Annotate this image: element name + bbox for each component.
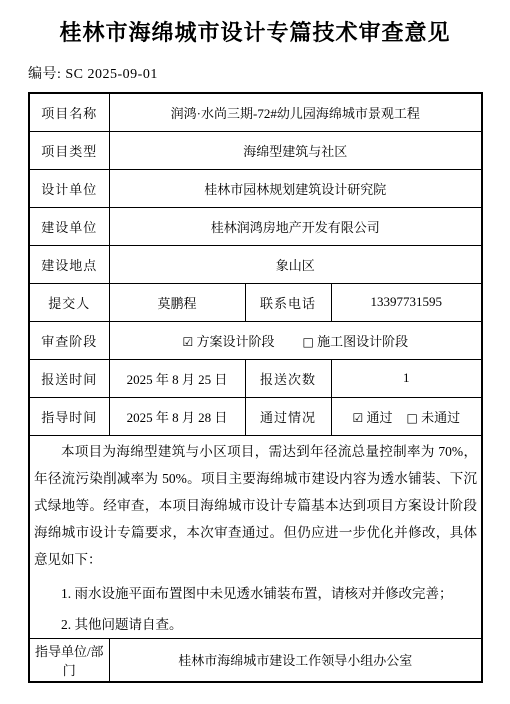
row-review-stage: 审查阶段 ☑ 方案设计阶段 □ 施工图设计阶段: [29, 321, 482, 359]
pass-status-label: 通过情况: [245, 397, 331, 435]
checkbox-unchecked-icon: □: [302, 335, 313, 349]
row-construction-unit: 建设单位 桂林润鸿房地产开发有限公司: [29, 207, 482, 245]
submitter-value: 莫鹏程: [109, 283, 245, 321]
document-page: 桂林市海绵城市设计专篇技术审查意见 编号: SC 2025-09-01 项目名称…: [0, 0, 510, 704]
row-submitter: 提交人 莫鹏程 联系电话 13397731595: [29, 283, 482, 321]
checkbox-checked-icon: ☑: [182, 335, 193, 349]
row-submission-time: 报送时间 2025 年 8 月 25 日 报送次数 1: [29, 359, 482, 397]
review-table: 项目名称 润鸿·水尚三期-72#幼儿园海绵城市景观工程 项目类型 海绵型建筑与社…: [28, 92, 483, 683]
row-project-type: 项目类型 海绵型建筑与社区: [29, 131, 482, 169]
opinion-paragraph: 本项目为海绵型建筑与小区项目，需达到年径流总量控制率为 70%，年径流污染削减率…: [34, 438, 477, 573]
guiding-unit-value: 桂林市海绵城市建设工作领导小组办公室: [109, 638, 482, 682]
submission-count-label: 报送次数: [245, 359, 331, 397]
guidance-time-value: 2025 年 8 月 28 日: [109, 397, 245, 435]
row-design-unit: 设计单位 桂林市园林规划建筑设计研究院: [29, 169, 482, 207]
pass-status-option-fail: □ 未通过: [406, 407, 460, 426]
project-name-label: 项目名称: [29, 93, 109, 131]
project-name-value: 润鸿·水尚三期-72#幼儿园海绵城市景观工程: [109, 93, 482, 131]
submission-time-value: 2025 年 8 月 25 日: [109, 359, 245, 397]
guidance-time-label: 指导时间: [29, 397, 109, 435]
guiding-unit-label: 指导单位/部门: [29, 638, 109, 682]
construction-unit-label: 建设单位: [29, 207, 109, 245]
project-type-value: 海绵型建筑与社区: [109, 131, 482, 169]
row-guiding-unit: 指导单位/部门 桂林市海绵城市建设工作领导小组办公室: [29, 638, 482, 682]
design-unit-label: 设计单位: [29, 169, 109, 207]
doc-number: 编号: SC 2025-09-01: [28, 63, 510, 83]
pass-status-options: ☑ 通过 □ 未通过: [331, 397, 482, 435]
location-value: 象山区: [109, 245, 482, 283]
opinion-item-1: 1. 雨水设施平面布置图中未见透水铺装布置，请核对并修改完善；: [34, 583, 477, 605]
design-unit-value: 桂林市园林规划建筑设计研究院: [109, 169, 482, 207]
opinion-item-2: 2. 其他问题请自查。: [34, 614, 477, 636]
row-project-name: 项目名称 润鸿·水尚三期-72#幼儿园海绵城市景观工程: [29, 93, 482, 131]
review-stage-option-scheme: ☑ 方案设计阶段: [182, 331, 274, 350]
review-stage-option-construction: □ 施工图设计阶段: [302, 331, 408, 350]
review-stage-label: 审查阶段: [29, 321, 109, 359]
review-stage-option-construction-label: 施工图设计阶段: [317, 334, 408, 349]
pass-status-option-pass: ☑ 通过: [352, 407, 392, 426]
submission-time-label: 报送时间: [29, 359, 109, 397]
row-opinion: 本项目为海绵型建筑与小区项目，需达到年径流总量控制率为 70%，年径流污染削减率…: [29, 435, 482, 638]
pass-status-option-pass-label: 通过: [366, 410, 392, 425]
review-stage-option-scheme-label: 方案设计阶段: [196, 334, 274, 349]
row-guidance-time: 指导时间 2025 年 8 月 28 日 通过情况 ☑ 通过 □ 未通过: [29, 397, 482, 435]
checkbox-checked-icon: ☑: [352, 411, 363, 425]
submitter-label: 提交人: [29, 283, 109, 321]
phone-label: 联系电话: [245, 283, 331, 321]
construction-unit-value: 桂林润鸿房地产开发有限公司: [109, 207, 482, 245]
row-location: 建设地点 象山区: [29, 245, 482, 283]
opinion-cell: 本项目为海绵型建筑与小区项目，需达到年径流总量控制率为 70%，年径流污染削减率…: [29, 435, 482, 638]
phone-value: 13397731595: [331, 283, 482, 321]
location-label: 建设地点: [29, 245, 109, 283]
pass-status-option-fail-label: 未通过: [421, 410, 460, 425]
project-type-label: 项目类型: [29, 131, 109, 169]
page-title: 桂林市海绵城市设计专篇技术审查意见: [0, 16, 510, 47]
review-stage-options: ☑ 方案设计阶段 □ 施工图设计阶段: [109, 321, 482, 359]
submission-count-value: 1: [331, 359, 482, 397]
checkbox-unchecked-icon: □: [406, 411, 417, 425]
